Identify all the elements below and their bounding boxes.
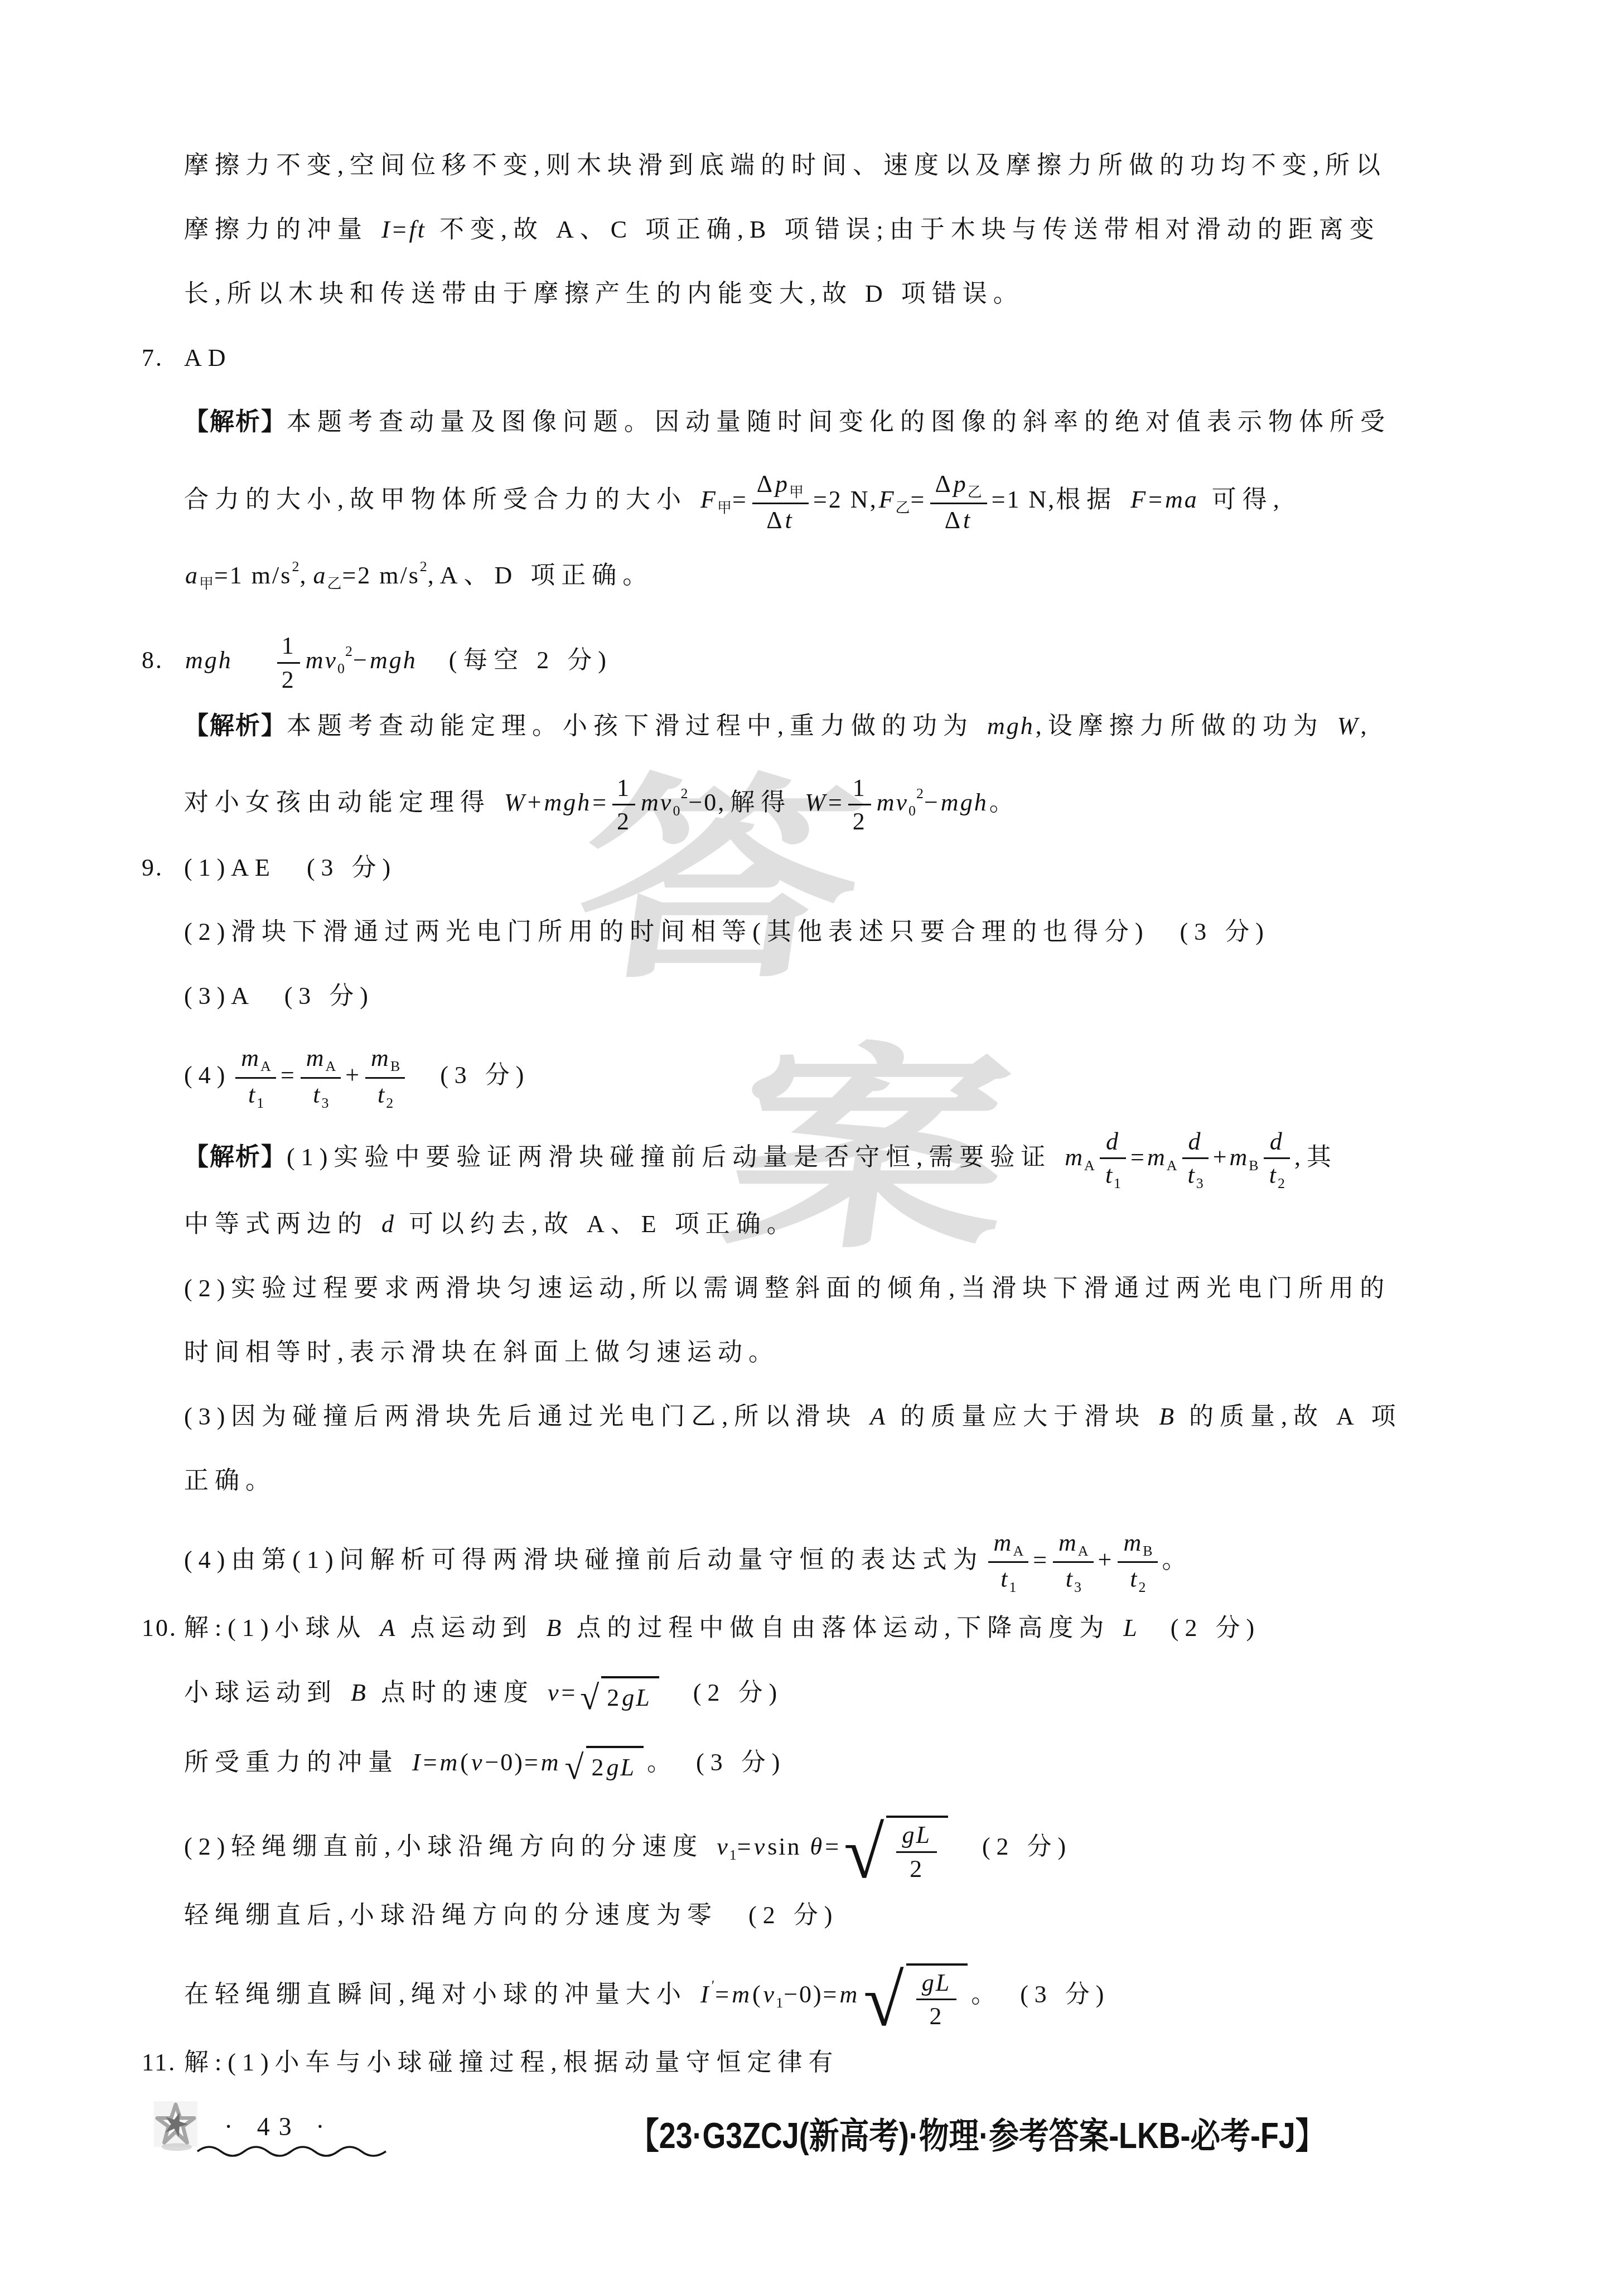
math-variable: mgh	[940, 789, 989, 816]
math-variable: θ	[809, 1833, 825, 1860]
math-subscript: B	[1143, 1543, 1153, 1559]
math-subscript: 3	[1196, 1175, 1204, 1191]
fraction-numerator: mB	[1118, 1529, 1157, 1563]
fraction-numerator: mA	[301, 1044, 341, 1078]
text-run: 本题考查动量及图像问题。因动量随时间变化的图像的斜率的绝对值表示物体所受	[287, 408, 1391, 436]
math-variable: v	[470, 1749, 485, 1776]
question-number: 11.	[142, 2047, 184, 2079]
math-variable: mgh	[986, 712, 1036, 740]
math-roman: =	[1148, 486, 1164, 513]
text-run: (4)由第(1)问解析可得两滑块碰撞前后动量守恒的表达式为	[184, 1546, 984, 1574]
text-run: 摩擦力的冲量	[184, 216, 380, 243]
math-roman: 1	[282, 632, 296, 659]
radicand: 2gL	[586, 1746, 644, 1784]
fraction-denominator: t3	[1182, 1159, 1209, 1191]
answer-content: 摩擦力不变,空间位移不变,则木块滑到底端的时间、速度以及摩擦力所做的功均不变,所…	[184, 149, 1489, 2111]
math-roman: =	[715, 1981, 731, 2008]
math-variable: A	[869, 1403, 888, 1430]
fraction-numerator: gL	[896, 1821, 936, 1852]
question-number: 7.	[142, 342, 184, 374]
math-variable: p	[953, 470, 969, 498]
math-variable: m	[1122, 1529, 1144, 1556]
math-subscript: 1	[257, 1095, 264, 1111]
fraction-denominator: 2	[916, 2000, 956, 2030]
math-subscript: 1	[729, 1847, 737, 1863]
content-line: 小球运动到 B 点时的速度 v=√2gL (2 分)	[184, 1676, 1489, 1714]
math-sqrt: √gL2	[863, 1963, 968, 2030]
math-variable: mv	[304, 646, 339, 674]
text-run: 。 (3 分)	[971, 1981, 1110, 2008]
fraction-denominator: Δt	[752, 504, 809, 534]
text-run: 不变,故 A、C 项正确,B 项错误;由于木块与传送带相对滑动的距离变	[427, 216, 1380, 243]
math-roman: 2	[929, 2002, 943, 2030]
radical-sign: √	[844, 1823, 890, 1883]
content-line: 摩擦力的冲量 I=ft 不变,故 A、C 项正确,B 项错误;由于木块与传送带相…	[184, 214, 1489, 246]
radicand: gL2	[886, 1816, 948, 1883]
math-fraction: 12	[612, 774, 635, 836]
math-variable: t	[1187, 1161, 1197, 1189]
math-subscript: 甲	[789, 484, 804, 500]
text-run: ,解得	[718, 789, 804, 816]
analysis-label: 【解析】	[184, 712, 287, 740]
math-variable: t	[1065, 1565, 1075, 1592]
math-subscript: A	[1013, 1543, 1024, 1559]
math-variable: mv	[640, 789, 674, 816]
content-line: 正确。	[184, 1465, 1489, 1497]
text-run: (3)因为碰撞后两滑块先后通过光电门乙,所以滑块	[184, 1403, 869, 1430]
math-subscript: 0	[908, 803, 916, 819]
fraction-numerator: mA	[988, 1529, 1029, 1563]
content-line: 【解析】本题考查动量及图像问题。因动量随时间变化的图像的斜率的绝对值表示物体所受	[184, 406, 1489, 438]
math-fraction: Δp乙Δt	[930, 470, 987, 534]
math-roman: +	[528, 789, 543, 816]
math-variable: d	[380, 1210, 397, 1238]
math-roman: Δ	[935, 470, 952, 498]
math-variable: m	[1064, 1143, 1085, 1171]
math-subscript: 1	[776, 1995, 784, 2011]
question-number: 8.	[142, 644, 184, 677]
math-fraction: mAt3	[301, 1044, 341, 1111]
math-fraction: mAt1	[988, 1529, 1029, 1595]
text-run: (2)实验过程要求两滑块匀速运动,所以需调整斜面的倾角,当滑块下滑通过两光电门所…	[184, 1275, 1390, 1302]
text-run: ,A、D 项正确。	[428, 562, 654, 589]
math-roman: =1 N,	[992, 486, 1056, 513]
math-superscript: 2	[916, 785, 924, 802]
math-roman: −	[353, 646, 369, 674]
math-roman: =	[592, 789, 608, 816]
fraction-denominator: t1	[235, 1079, 276, 1111]
math-variable: t	[999, 1565, 1010, 1592]
fraction-numerator: gL	[916, 1969, 956, 2000]
text-run: (2 分)	[951, 1833, 1072, 1860]
content-line: a甲=1 m/s2,a乙=2 m/s2,A、D 项正确。	[184, 551, 1489, 600]
math-subscript: 3	[1074, 1579, 1082, 1595]
math-variable: m	[1057, 1529, 1079, 1556]
text-run: ,	[1360, 712, 1372, 740]
math-subscript: B	[1249, 1157, 1259, 1174]
text-run: 可得,	[1200, 486, 1285, 513]
question-number: 10.	[142, 1612, 184, 1644]
math-roman: 2	[910, 1855, 924, 1883]
content-line: 【解析】(1)实验中要验证两滑块碰撞前后动量是否守恒,需要验证 mAdt1=mA…	[184, 1128, 1489, 1191]
math-roman: Δ	[766, 506, 784, 534]
math-fraction: Δp甲Δt	[752, 470, 809, 534]
radicand: gL2	[906, 1963, 968, 2030]
content-line: (2)滑块下滑通过两光电门所用的时间相等(其他表述只要合理的也得分) (3 分)	[184, 916, 1489, 948]
text-run: (每空 2 分)	[418, 646, 612, 674]
text-run: 点的过程中做自由落体运动,下降高度为	[564, 1614, 1122, 1642]
math-roman: 2	[853, 808, 867, 835]
text-run: 中等式两边的	[184, 1210, 380, 1238]
math-variable: v	[753, 1833, 768, 1860]
text-run: (2)滑块下滑通过两光电门所用的时间相等(其他表述只要合理的也得分) (3 分)	[184, 918, 1270, 945]
math-roman: =2 m/s	[342, 562, 419, 589]
math-variable: v	[762, 1981, 777, 2008]
content-line: (4)mAt1=mAt3+mBt2 (3 分)	[184, 1044, 1489, 1111]
math-roman: =	[1033, 1546, 1048, 1574]
text-run: (1)AE (3 分)	[184, 854, 397, 881]
text-run: (2)轻绳绷直前,小球沿绳方向的分速度	[184, 1833, 716, 1860]
math-subscript: 0	[337, 660, 345, 677]
fraction-numerator: d	[1182, 1128, 1209, 1159]
math-subscript: A	[1167, 1157, 1178, 1174]
content-line: (3)A (3 分)	[184, 980, 1489, 1012]
footer-banner: 【23·G3ZCJ(新高考)·物理·参考答案-LKB-必考-FJ】	[629, 2107, 1325, 2159]
math-subscript: A	[1078, 1543, 1089, 1559]
math-variable: mgh	[369, 646, 418, 674]
math-roman: =	[423, 1749, 439, 1776]
analysis-label: 【解析】	[184, 1143, 287, 1171]
text-run: 的质量应大于滑块	[888, 1403, 1158, 1430]
math-roman: 2	[592, 1754, 606, 1781]
text-run: 根据	[1056, 486, 1129, 513]
fraction-denominator: 2	[612, 805, 635, 835]
math-variable: m	[993, 1529, 1014, 1556]
math-variable: m	[731, 1981, 752, 2008]
math-variable: t	[784, 506, 794, 534]
content-line: (2)轻绳绷直前,小球沿绳方向的分速度 v1=vsin θ=√gL2 (2 分)	[184, 1816, 1489, 1883]
math-variable: F	[878, 486, 897, 513]
math-roman: =	[281, 1061, 296, 1089]
math-variable: F	[699, 486, 718, 513]
math-variable: I	[699, 1981, 712, 2008]
text-run: 长,所以木块和传送带由于摩擦产生的内能变大,故 D 项错误。	[184, 280, 1024, 307]
text-run: (2 分)	[663, 1679, 783, 1706]
math-fraction: gL2	[896, 1821, 936, 1883]
content-line: 中等式两边的 d 可以约去,故 A、E 项正确。	[184, 1208, 1489, 1241]
text-run: 时间相等时,表示滑块在斜面上做匀速运动。	[184, 1339, 779, 1366]
math-sqrt: √gL2	[844, 1816, 948, 1883]
math-variable: d	[1187, 1128, 1203, 1155]
math-roman: =	[1130, 1143, 1146, 1171]
radical-sign: √	[863, 1971, 910, 2030]
content-line: 轻绳绷直后,小球沿绳方向的分速度为零 (2 分)	[184, 1899, 1489, 1932]
math-variable: t	[312, 1081, 322, 1108]
math-roman: =1 m/s	[214, 562, 292, 589]
math-variable: m	[438, 1749, 460, 1776]
math-subscript: 甲	[717, 500, 732, 516]
text-run: 对小女孩由动能定理得	[184, 789, 503, 816]
math-variable: v	[716, 1833, 731, 1860]
fraction-denominator: t2	[1264, 1159, 1290, 1191]
math-fraction: 12	[277, 632, 300, 693]
math-variable: m	[305, 1044, 327, 1071]
math-roman: Δ	[945, 506, 962, 534]
math-roman: +	[345, 1061, 361, 1089]
math-variable: m	[240, 1044, 262, 1071]
content-line: 所受重力的冲量 I=m(v−0)=m√2gL。 (3 分)	[184, 1746, 1489, 1784]
math-superscript: 2	[680, 785, 688, 802]
math-subscript: A	[1084, 1157, 1095, 1174]
math-variable: A	[379, 1614, 398, 1642]
math-variable: W	[804, 789, 828, 816]
math-roman: +	[1098, 1546, 1114, 1574]
math-variable: m	[838, 1981, 860, 2008]
math-subscript: 1	[1009, 1579, 1017, 1595]
text-run: 点时的速度	[369, 1679, 547, 1706]
text-run: (3 分)	[409, 1061, 530, 1089]
page-number: · 43 ·	[224, 2112, 333, 2141]
fraction-denominator: 2	[277, 664, 300, 693]
fraction-denominator: t1	[1100, 1159, 1126, 1191]
fraction-denominator: Δt	[930, 504, 987, 534]
math-roman: =	[561, 1679, 577, 1706]
text-run: 的质量,故 A 项	[1177, 1403, 1401, 1430]
text-run: AD	[184, 344, 232, 371]
fraction-numerator: d	[1100, 1128, 1126, 1159]
math-roman: Δ	[757, 470, 774, 498]
math-variable: v	[547, 1679, 562, 1706]
math-variable: I	[380, 216, 393, 243]
content-line: 合力的大小,故甲物体所受合力的大小 F甲=Δp甲Δt=2 N,F乙=Δp乙Δt=…	[184, 470, 1489, 534]
math-subscript: 2	[386, 1095, 394, 1111]
math-subscript: 1	[1114, 1175, 1122, 1191]
math-roman: 2	[617, 808, 631, 835]
math-variable: a	[312, 562, 328, 589]
answer-sheet-page: 答案 摩擦力不变,空间位移不变,则木块滑到底端的时间、速度以及摩擦力所做的功均不…	[0, 0, 1624, 2283]
fraction-denominator: t2	[1118, 1563, 1157, 1595]
math-roman: =	[732, 486, 748, 513]
math-roman: +	[1213, 1143, 1229, 1171]
math-roman: =	[393, 216, 408, 243]
text-run: 。 (3 分)	[647, 1749, 786, 1776]
math-variable: L	[1122, 1614, 1139, 1642]
fraction-denominator: 2	[896, 1853, 936, 1883]
math-subscript: B	[390, 1058, 400, 1074]
math-roman: 1	[617, 774, 631, 802]
math-subscript: A	[325, 1058, 336, 1074]
fraction-denominator: t1	[988, 1563, 1029, 1595]
math-variable: m	[1146, 1143, 1168, 1171]
text-run: 解:(1)小球从	[184, 1614, 379, 1642]
fraction-numerator: d	[1264, 1128, 1290, 1159]
math-sqrt: √2gL	[565, 1746, 644, 1784]
text-run: ,	[299, 562, 312, 589]
math-fraction: gL2	[916, 1969, 956, 2030]
text-run: 解:(1)小车与小球碰撞过程,根据动量守恒定律有	[184, 2049, 839, 2076]
math-roman: =	[825, 1833, 840, 1860]
math-subscript: 甲	[199, 576, 214, 592]
content-line: 【解析】本题考查动能定理。小孩下滑过程中,重力做的功为 mgh,设摩擦力所做的功…	[184, 710, 1489, 742]
text-run: (1)实验中要验证两滑块碰撞前后动量是否守恒,需要验证	[287, 1143, 1064, 1171]
math-variable: p	[774, 470, 790, 498]
content-line: (3)因为碰撞后两滑块先后通过光电门乙,所以滑块 A 的质量应大于滑块 B 的质…	[184, 1401, 1489, 1433]
star-burst-icon	[154, 2101, 197, 2154]
math-sqrt: √2gL	[580, 1676, 659, 1714]
text-run: 在轻绳绷直瞬间,绳对小球的冲量大小	[184, 1981, 699, 2008]
math-fraction: dt3	[1182, 1128, 1209, 1191]
math-fraction: mAt1	[235, 1044, 276, 1111]
math-roman: −0)=	[784, 1981, 838, 2008]
math-variable: gL	[901, 1821, 932, 1848]
content-line: 对小女孩由动能定理得 W+mgh=12mv02−0,解得 W=12mv02−mg…	[184, 774, 1489, 836]
math-fraction: dt1	[1100, 1128, 1126, 1191]
math-variable: B	[1158, 1403, 1177, 1430]
math-variable: I	[411, 1749, 423, 1776]
math-roman: =	[828, 789, 844, 816]
math-roman: −0)=	[485, 1749, 539, 1776]
math-subscript: A	[260, 1058, 272, 1074]
math-variable: m	[540, 1749, 562, 1776]
text-run: 点运动到	[398, 1614, 545, 1642]
fraction-numerator: Δp乙	[930, 470, 987, 504]
text-run: 摩擦力不变,空间位移不变,则木块滑到底端的时间、速度以及摩擦力所做的功均不变,所…	[184, 152, 1386, 179]
text-run: 可以约去,故 A、E 项正确。	[397, 1210, 797, 1238]
math-subscript: 3	[322, 1095, 330, 1111]
content-line: 7.AD	[184, 342, 1489, 374]
fraction-numerator: mA	[1053, 1529, 1094, 1563]
math-superscript: 2	[292, 558, 299, 575]
math-variable: B	[350, 1679, 369, 1706]
math-superscript: 2	[345, 643, 353, 659]
analysis-label: 【解析】	[184, 408, 287, 436]
math-variable: ma	[1164, 486, 1200, 513]
math-subscript: 2	[1139, 1579, 1147, 1595]
math-variable: mgh	[184, 646, 234, 674]
text-run: (3)A (3 分)	[184, 982, 374, 1010]
text-run: (2 分)	[1140, 1614, 1260, 1642]
math-variable: d	[1105, 1128, 1121, 1155]
math-variable: a	[184, 562, 200, 589]
text-run: ,设摩擦力所做的功为	[1036, 712, 1336, 740]
math-fraction: dt2	[1264, 1128, 1290, 1191]
text-run: 轻绳绷直后,小球沿绳方向的分速度为零 (2 分)	[184, 1901, 838, 1929]
text-run: 所受重力的冲量	[184, 1749, 411, 1776]
content-line: (4)由第(1)问解析可得两滑块碰撞前后动量守恒的表达式为mAt1=mAt3+m…	[184, 1529, 1489, 1595]
content-line: 8.mgh12mv02−mgh (每空 2 分)	[184, 632, 1489, 693]
radicand: 2gL	[601, 1676, 659, 1714]
content-line: 11.解:(1)小车与小球碰撞过程,根据动量守恒定律有	[184, 2047, 1489, 2079]
math-roman: 2	[607, 1684, 621, 1711]
text-run: 。	[989, 789, 1020, 816]
content-line: 时间相等时,表示滑块在斜面上做匀速运动。	[184, 1336, 1489, 1369]
text-run: (4)	[184, 1061, 231, 1089]
math-variable: mv	[876, 789, 910, 816]
text-run: 。	[1162, 1546, 1193, 1574]
fraction-numerator: 1	[848, 774, 871, 805]
math-roman: −	[924, 789, 940, 816]
fraction-denominator: 2	[848, 805, 871, 835]
math-subscript: 乙	[327, 576, 342, 592]
math-roman: =2 N,	[813, 486, 878, 513]
math-subscript: 乙	[968, 484, 983, 500]
content-line: 摩擦力不变,空间位移不变,则木块滑到底端的时间、速度以及摩擦力所做的功均不变,所…	[184, 149, 1489, 182]
fraction-numerator: mB	[365, 1044, 405, 1078]
math-roman: 1	[853, 774, 867, 802]
fraction-numerator: Δp甲	[752, 470, 809, 504]
math-roman: (	[752, 1981, 762, 2008]
content-line: 9.(1)AE (3 分)	[184, 852, 1489, 884]
math-fraction: 12	[848, 774, 871, 836]
math-roman: =	[911, 486, 926, 513]
question-number: 9.	[142, 852, 184, 884]
math-variable: t	[962, 506, 973, 534]
math-variable: mgh	[543, 789, 592, 816]
math-variable: ft	[408, 216, 427, 243]
fraction-numerator: 1	[277, 632, 300, 663]
math-subscript: 2	[1278, 1175, 1285, 1191]
text-run: ,其	[1294, 1143, 1337, 1171]
math-roman: −0	[688, 789, 718, 816]
math-superscript: 2	[420, 558, 428, 575]
fraction-denominator: t3	[1053, 1563, 1094, 1595]
math-roman: sin	[767, 1833, 809, 1860]
math-variable: gL	[621, 1684, 652, 1711]
text-run: 正确。	[184, 1467, 276, 1494]
math-subscript: 0	[673, 803, 680, 819]
content-line: 长,所以木块和传送带由于摩擦产生的内能变大,故 D 项错误。	[184, 278, 1489, 310]
math-variable: t	[1129, 1565, 1139, 1592]
fraction-denominator: t3	[301, 1079, 341, 1111]
wavy-underline	[195, 2144, 388, 2157]
content-line: 10.解:(1)小球从 A 点运动到 B 点的过程中做自由落体运动,下降高度为 …	[184, 1612, 1489, 1644]
math-fraction: mBt2	[1118, 1529, 1157, 1595]
text-run: 本题考查动能定理。小孩下滑过程中,重力做的功为	[287, 712, 986, 740]
math-variable: gL	[606, 1754, 637, 1781]
math-roman: 2	[282, 666, 296, 693]
math-roman: =	[737, 1833, 753, 1860]
math-variable: m	[370, 1044, 391, 1071]
math-variable: W	[503, 789, 528, 816]
math-variable: B	[545, 1614, 564, 1642]
math-fraction: mAt3	[1053, 1529, 1094, 1595]
math-variable: W	[1336, 712, 1361, 740]
math-variable: F	[1129, 486, 1148, 513]
text-run: 合力的大小,故甲物体所受合力的大小	[184, 486, 699, 513]
math-fraction: mBt2	[365, 1044, 405, 1111]
content-line: 在轻绳绷直瞬间,绳对小球的冲量大小 I′=m(v1−0)=m√gL2。 (3 分…	[184, 1963, 1489, 2030]
fraction-numerator: mA	[235, 1044, 276, 1078]
text-run: 小球运动到	[184, 1679, 350, 1706]
math-subscript: 乙	[896, 500, 911, 516]
fraction-numerator: 1	[612, 774, 635, 805]
math-roman: (	[460, 1749, 470, 1776]
math-variable: d	[1269, 1128, 1285, 1155]
math-variable: gL	[921, 1969, 952, 1996]
fraction-denominator: t2	[365, 1079, 405, 1111]
content-line: (2)实验过程要求两滑块匀速运动,所以需调整斜面的倾角,当滑块下滑通过两光电门所…	[184, 1272, 1489, 1305]
math-variable: m	[1229, 1143, 1250, 1171]
